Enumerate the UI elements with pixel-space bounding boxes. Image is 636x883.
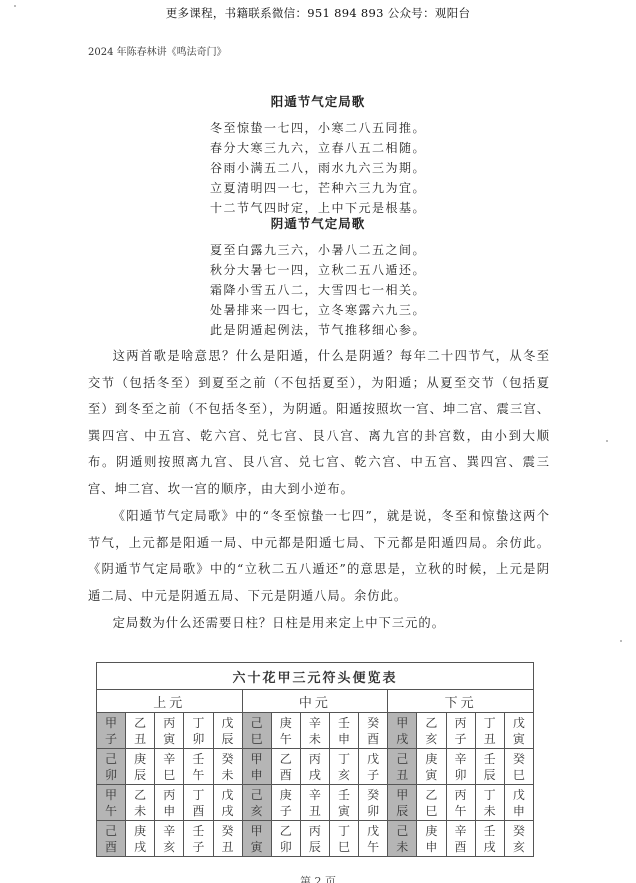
heavenly-stem: 辛 [301,787,329,803]
heavenly-stem: 戊 [214,715,242,731]
scan-speck [620,640,622,642]
ganzhi-cell: 丙午 [446,785,475,821]
heavenly-stem: 丙 [301,823,329,839]
earthly-branch: 巳 [243,731,271,747]
earthly-branch: 卯 [447,767,475,783]
fu-tou-cell: 甲戌 [388,713,417,749]
ganzhi-cell: 癸酉 [359,713,388,749]
earthly-branch: 午 [184,767,212,783]
heavenly-stem: 丙 [155,787,183,803]
earthly-branch: 午 [272,731,300,747]
poem-line: 处暑排来一四七，立冬寒露六九三。 [0,300,636,320]
heavenly-stem: 乙 [126,715,154,731]
table-row: 己卯庚辰辛巳壬午癸未甲申乙酉丙戌丁亥戊子己丑庚寅辛卯壬辰癸巳 [97,749,534,785]
ganzhi-cell: 丁酉 [184,785,213,821]
ganzhi-cell: 癸未 [213,749,242,785]
earthly-branch: 子 [447,731,475,747]
heavenly-stem: 乙 [417,715,445,731]
ganzhi-cell: 丙戌 [300,749,329,785]
heavenly-stem: 戊 [359,823,387,839]
heavenly-stem: 丁 [330,751,358,767]
earthly-branch: 子 [272,803,300,819]
ganzhi-cell: 辛亥 [155,821,184,857]
ganzhi-cell: 戊申 [504,785,533,821]
earthly-branch: 酉 [184,803,212,819]
heavenly-stem: 乙 [272,751,300,767]
ganzhi-cell: 壬寅 [330,785,359,821]
heavenly-stem: 己 [97,823,125,839]
paragraph: 《阳遁节气定局歌》中的“冬至惊蛰一七四”，就是说，冬至和惊蛰这两个节气，上元都是… [88,503,550,609]
fu-tou-cell: 甲寅 [242,821,271,857]
earthly-branch: 丑 [126,731,154,747]
heavenly-stem: 癸 [505,751,533,767]
ganzhi-cell: 庚申 [417,821,446,857]
ganzhi-cell: 庚午 [271,713,300,749]
heavenly-stem: 辛 [301,715,329,731]
earthly-branch: 午 [97,803,125,819]
ganzhi-cell: 丁亥 [330,749,359,785]
sixty-jiazi-table: 六十花甲三元符头便览表 上元 中元 下元 甲子乙丑丙寅丁卯戊辰己巳庚午辛未壬申癸… [96,662,534,857]
ganzhi-cell: 乙丑 [126,713,155,749]
ganzhi-cell: 壬申 [330,713,359,749]
heavenly-stem: 癸 [214,751,242,767]
heavenly-stem: 乙 [417,787,445,803]
heavenly-stem: 己 [388,751,416,767]
earthly-branch: 亥 [505,839,533,855]
heavenly-stem: 己 [388,823,416,839]
earthly-branch: 丑 [388,767,416,783]
earthly-branch: 酉 [359,731,387,747]
poem-line: 春分大寒三九六，立春八五二相随。 [0,138,636,158]
earthly-branch: 卯 [359,803,387,819]
heavenly-stem: 辛 [447,823,475,839]
heavenly-stem: 丁 [184,787,212,803]
ganzhi-cell: 辛卯 [446,749,475,785]
heavenly-stem: 庚 [417,823,445,839]
scan-speck [14,5,16,7]
earthly-branch: 申 [243,767,271,783]
scan-speck [606,440,608,442]
fu-tou-cell: 己未 [388,821,417,857]
heavenly-stem: 壬 [476,751,504,767]
earthly-branch: 寅 [243,839,271,855]
earthly-branch: 申 [330,731,358,747]
earthly-branch: 卯 [184,731,212,747]
section-header-lower: 下元 [388,690,534,713]
heavenly-stem: 辛 [155,823,183,839]
earthly-branch: 巳 [505,767,533,783]
earthly-branch: 卯 [97,767,125,783]
ganzhi-cell: 戊午 [359,821,388,857]
ganzhi-cell: 庚辰 [126,749,155,785]
earthly-branch: 未 [388,839,416,855]
heavenly-stem: 甲 [243,751,271,767]
earthly-branch: 午 [447,803,475,819]
earthly-branch: 戌 [476,839,504,855]
ganzhi-cell: 癸亥 [504,821,533,857]
ganzhi-cell: 辛丑 [300,785,329,821]
heavenly-stem: 丁 [476,787,504,803]
earthly-branch: 寅 [417,767,445,783]
earthly-branch: 酉 [97,839,125,855]
earthly-branch: 亥 [330,767,358,783]
heavenly-stem: 甲 [243,823,271,839]
paragraph-song-meaning: 《阳遁节气定局歌》中的“冬至惊蛰一七四”，就是说，冬至和惊蛰这两个节气，上元都是… [88,503,550,609]
earthly-branch: 辰 [214,731,242,747]
earthly-branch: 午 [359,839,387,855]
ganzhi-cell: 癸丑 [213,821,242,857]
ganzhi-cell: 庚寅 [417,749,446,785]
heavenly-stem: 壬 [476,823,504,839]
earthly-branch: 戌 [388,731,416,747]
paragraph-day-pillar: 定局数为什么还需要日柱？日柱是用来定上中下三元的。 [88,610,550,637]
heavenly-stem: 戊 [505,715,533,731]
earthly-branch: 戌 [214,803,242,819]
running-head: 2024 年陈春林讲《鸣法奇门》 [88,43,227,58]
earthly-branch: 未 [476,803,504,819]
ganzhi-cell: 丁未 [475,785,504,821]
paragraph-yin-yang-explanation: 这两首歌是啥意思？什么是阳遁，什么是阴遁？每年二十四节气，从冬至交节（包括冬至）… [88,343,550,502]
heavenly-stem: 丙 [447,715,475,731]
poem-line: 立夏清明四一七，芒种六三九为宜。 [0,178,636,198]
ganzhi-cell: 癸卯 [359,785,388,821]
poem-line: 冬至惊蛰一七四，小寒二八五同推。 [0,118,636,138]
poem-line: 霜降小雪五八二，大雪四七一相关。 [0,280,636,300]
heavenly-stem: 丙 [447,787,475,803]
heavenly-stem: 庚 [126,751,154,767]
heavenly-stem: 丙 [301,751,329,767]
earthly-branch: 丑 [301,803,329,819]
ganzhi-cell: 丙子 [446,713,475,749]
ganzhi-cell: 丙辰 [300,821,329,857]
heavenly-stem: 壬 [330,787,358,803]
earthly-branch: 巳 [330,839,358,855]
earthly-branch: 酉 [447,839,475,855]
paragraph: 定局数为什么还需要日柱？日柱是用来定上中下三元的。 [88,610,550,637]
earthly-branch: 寅 [330,803,358,819]
poem-title: 阴遁节气定局歌 [0,214,636,232]
heavenly-stem: 壬 [184,823,212,839]
heavenly-stem: 癸 [359,715,387,731]
heavenly-stem: 乙 [272,823,300,839]
ganzhi-cell: 丁巳 [330,821,359,857]
ganzhi-cell: 戊辰 [213,713,242,749]
ganzhi-cell: 癸巳 [504,749,533,785]
ganzhi-cell: 戊戌 [213,785,242,821]
earthly-branch: 辰 [126,767,154,783]
page-number: 第 2 页 [300,873,336,883]
table-row: 甲午乙未丙申丁酉戊戌己亥庚子辛丑壬寅癸卯甲辰乙巳丙午丁未戊申 [97,785,534,821]
poem-yang-dun: 阳遁节气定局歌 冬至惊蛰一七四，小寒二八五同推。 春分大寒三九六，立春八五二相随… [0,92,636,218]
fu-tou-cell: 己亥 [242,785,271,821]
ganzhi-cell: 辛酉 [446,821,475,857]
earthly-branch: 未 [214,767,242,783]
heavenly-stem: 甲 [388,787,416,803]
heavenly-stem: 壬 [330,715,358,731]
heavenly-stem: 癸 [359,787,387,803]
ganzhi-cell: 乙酉 [271,749,300,785]
poem-yin-dun: 阴遁节气定局歌 夏至白露九三六，小暑八二五之间。 秋分大暑七一四，立秋二五八遁还… [0,214,636,340]
heavenly-stem: 丁 [476,715,504,731]
ganzhi-cell: 丙申 [155,785,184,821]
earthly-branch: 亥 [243,803,271,819]
ganzhi-cell: 壬戌 [475,821,504,857]
earthly-branch: 卯 [272,839,300,855]
heavenly-stem: 甲 [97,715,125,731]
heavenly-stem: 戊 [359,751,387,767]
ganzhi-cell: 壬辰 [475,749,504,785]
earthly-branch: 子 [97,731,125,747]
earthly-branch: 辰 [476,767,504,783]
heavenly-stem: 丁 [330,823,358,839]
heavenly-stem: 壬 [184,751,212,767]
fu-tou-cell: 甲子 [97,713,126,749]
ganzhi-cell: 辛未 [300,713,329,749]
earthly-branch: 子 [359,767,387,783]
heavenly-stem: 乙 [126,787,154,803]
poem-title: 阳遁节气定局歌 [0,92,636,110]
earthly-branch: 巳 [155,767,183,783]
heavenly-stem: 庚 [126,823,154,839]
ganzhi-cell: 乙卯 [271,821,300,857]
earthly-branch: 子 [184,839,212,855]
heavenly-stem: 甲 [388,715,416,731]
heavenly-stem: 癸 [505,823,533,839]
earthly-branch: 辰 [301,839,329,855]
heavenly-stem: 戊 [214,787,242,803]
ganzhi-cell: 庚戌 [126,821,155,857]
heavenly-stem: 庚 [272,787,300,803]
earthly-branch: 申 [505,803,533,819]
earthly-branch: 戌 [126,839,154,855]
fu-tou-cell: 甲午 [97,785,126,821]
earthly-branch: 酉 [272,767,300,783]
ganzhi-cell: 乙巳 [417,785,446,821]
section-header-middle: 中元 [242,690,388,713]
earthly-branch: 巳 [417,803,445,819]
poem-line: 秋分大暑七一四，立秋二五八遁还。 [0,260,636,280]
earthly-branch: 寅 [505,731,533,747]
earthly-branch: 戌 [301,767,329,783]
fu-tou-cell: 己酉 [97,821,126,857]
earthly-branch: 申 [155,803,183,819]
fu-tou-cell: 己卯 [97,749,126,785]
heavenly-stem: 己 [243,787,271,803]
ganzhi-cell: 丙寅 [155,713,184,749]
earthly-branch: 寅 [155,731,183,747]
promo-header: 更多课程，书籍联系微信：951 894 893 公众号：观阳台 [0,5,636,21]
heavenly-stem: 己 [243,715,271,731]
ganzhi-cell: 庚子 [271,785,300,821]
earthly-branch: 丑 [214,839,242,855]
heavenly-stem: 甲 [97,787,125,803]
section-header-upper: 上元 [97,690,243,713]
ganzhi-cell: 丁丑 [475,713,504,749]
table-row: 己酉庚戌辛亥壬子癸丑甲寅乙卯丙辰丁巳戊午己未庚申辛酉壬戌癸亥 [97,821,534,857]
heavenly-stem: 癸 [214,823,242,839]
heavenly-stem: 己 [97,751,125,767]
poem-line: 谷雨小满五二八，雨水九六三为期。 [0,158,636,178]
ganzhi-cell: 乙未 [126,785,155,821]
ganzhi-cell: 壬子 [184,821,213,857]
table-title: 六十花甲三元符头便览表 [97,663,534,690]
ganzhi-cell: 丁卯 [184,713,213,749]
earthly-branch: 丑 [476,731,504,747]
heavenly-stem: 戊 [505,787,533,803]
heavenly-stem: 辛 [447,751,475,767]
fu-tou-cell: 己巳 [242,713,271,749]
heavenly-stem: 辛 [155,751,183,767]
table-body: 甲子乙丑丙寅丁卯戊辰己巳庚午辛未壬申癸酉甲戌乙亥丙子丁丑戊寅己卯庚辰辛巳壬午癸未… [97,713,534,857]
fu-tou-cell: 甲辰 [388,785,417,821]
earthly-branch: 未 [301,731,329,747]
earthly-branch: 申 [417,839,445,855]
heavenly-stem: 庚 [417,751,445,767]
paragraph: 这两首歌是啥意思？什么是阳遁，什么是阴遁？每年二十四节气，从冬至交节（包括冬至）… [88,343,550,502]
table-row: 甲子乙丑丙寅丁卯戊辰己巳庚午辛未壬申癸酉甲戌乙亥丙子丁丑戊寅 [97,713,534,749]
earthly-branch: 亥 [417,731,445,747]
earthly-branch: 辰 [388,803,416,819]
heavenly-stem: 丙 [155,715,183,731]
poem-line: 夏至白露九三六，小暑八二五之间。 [0,240,636,260]
earthly-branch: 亥 [155,839,183,855]
fu-tou-cell: 己丑 [388,749,417,785]
poem-line: 此是阴遁起例法，节气推移细心参。 [0,320,636,340]
heavenly-stem: 庚 [272,715,300,731]
earthly-branch: 未 [126,803,154,819]
ganzhi-cell: 戊子 [359,749,388,785]
ganzhi-cell: 辛巳 [155,749,184,785]
heavenly-stem: 丁 [184,715,212,731]
fu-tou-cell: 甲申 [242,749,271,785]
ganzhi-cell: 壬午 [184,749,213,785]
ganzhi-cell: 乙亥 [417,713,446,749]
ganzhi-cell: 戊寅 [504,713,533,749]
